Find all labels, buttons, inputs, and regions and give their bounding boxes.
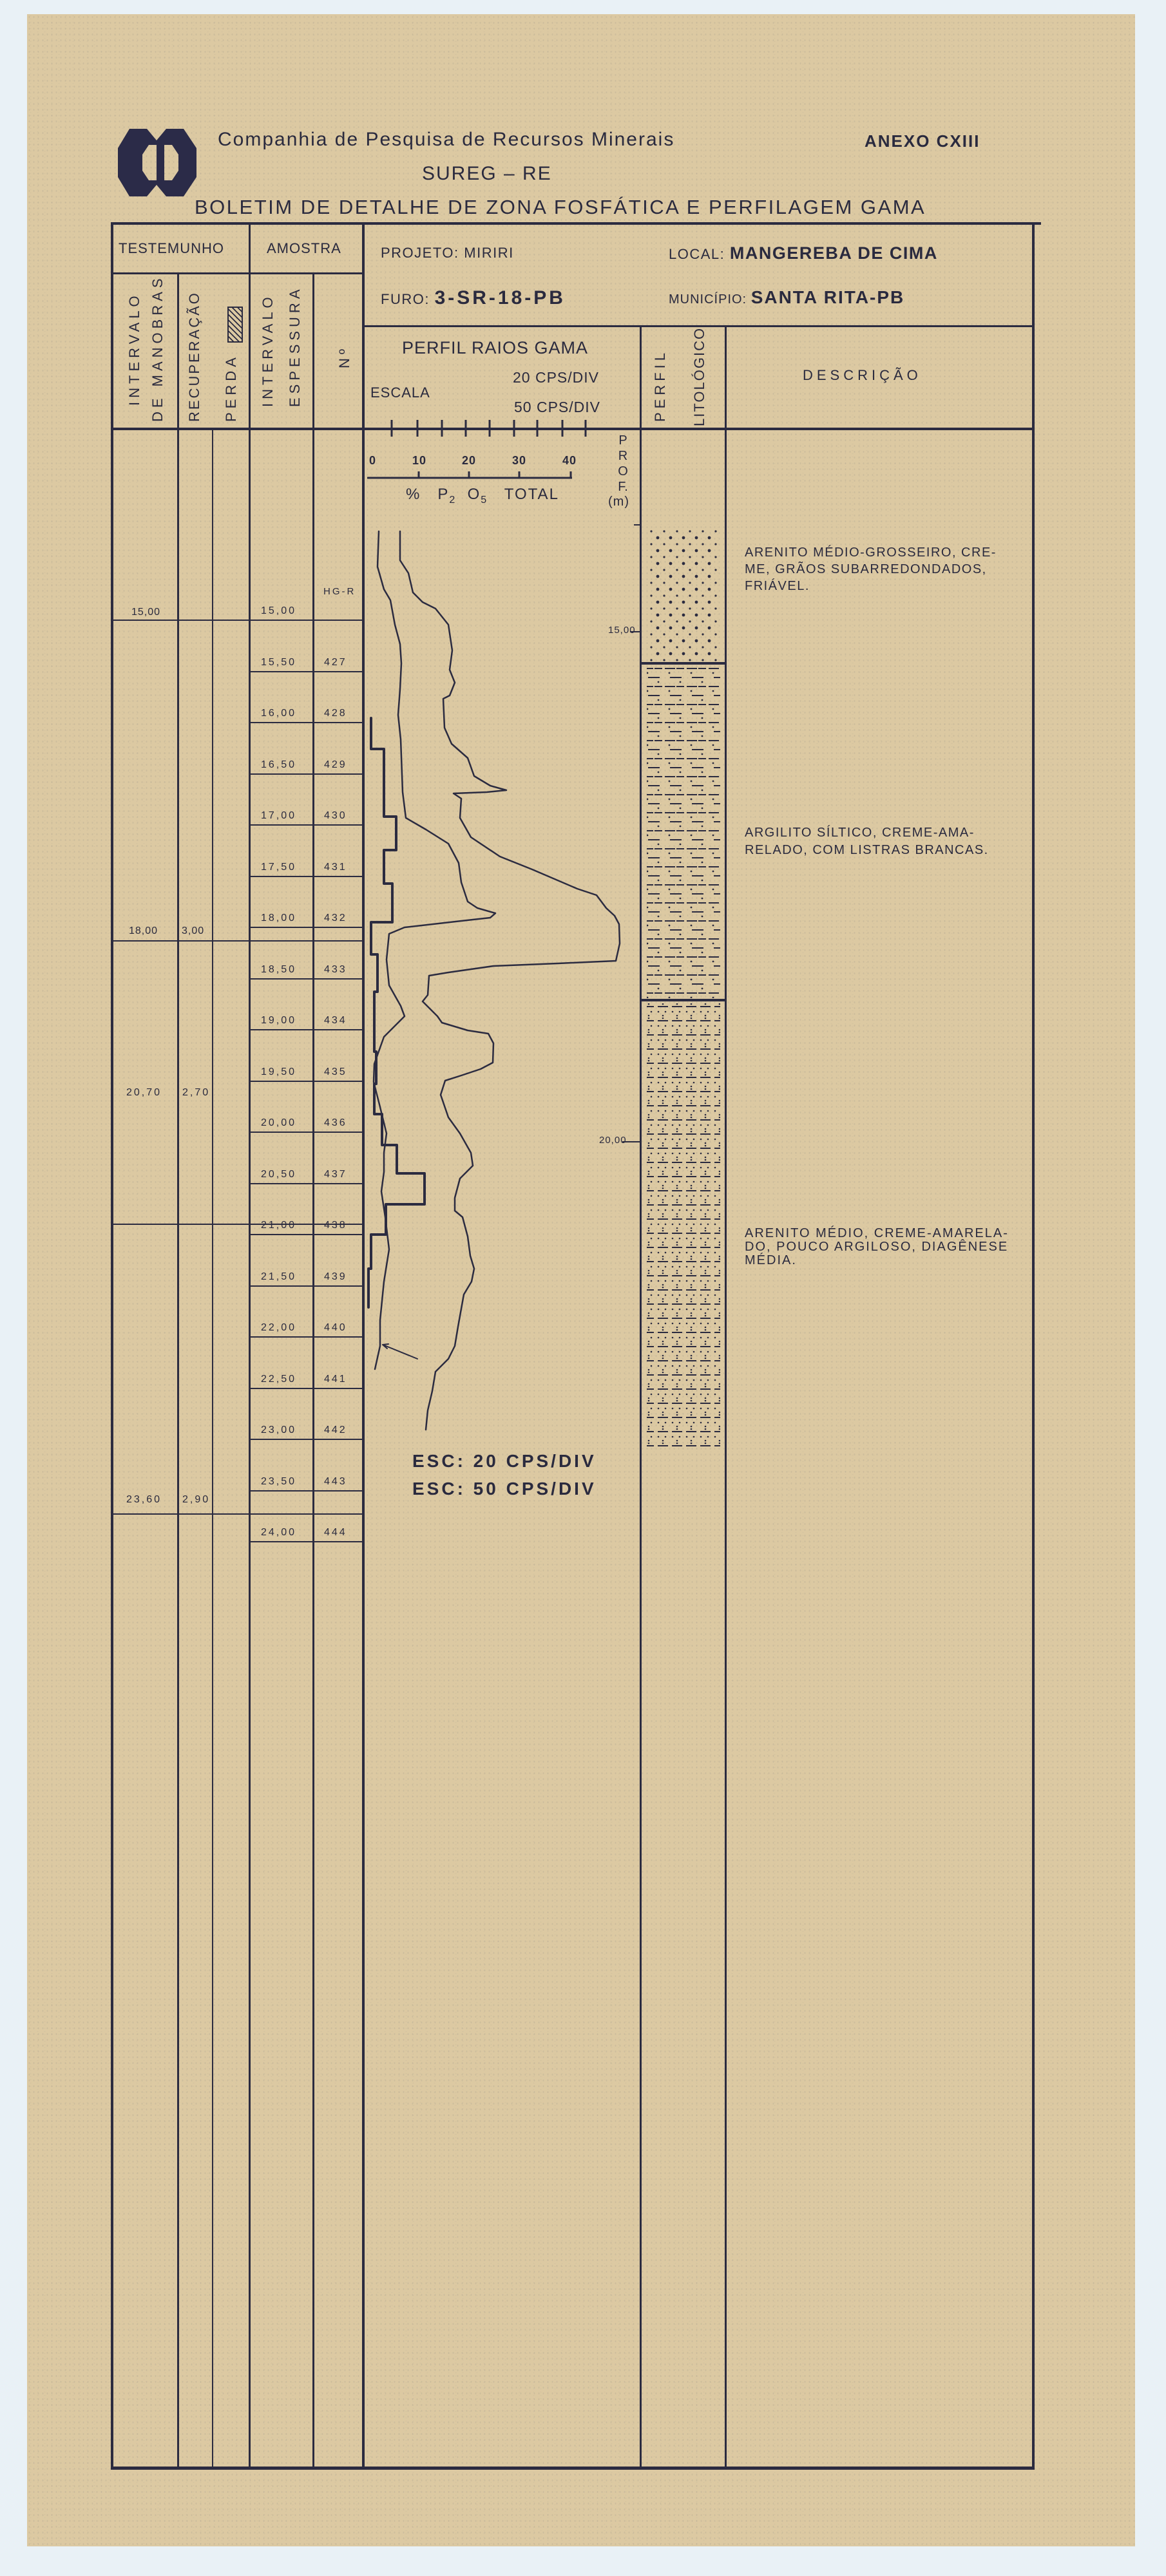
amostra-header: AMOSTRA	[267, 240, 341, 257]
litho-sandstone-pattern	[647, 527, 720, 663]
amostra-row-divider	[250, 1490, 362, 1492]
gamma-20cps-curve	[400, 531, 620, 1430]
municipio-field: MUNICÍPIO: SANTA RITA-PB	[669, 287, 904, 308]
amostra-numero: 438	[324, 1220, 347, 1231]
perfil-header: PERFIL	[652, 349, 669, 422]
perda-header: PERDA	[223, 354, 240, 422]
testemunho-header: TESTEMUNHO	[119, 240, 224, 257]
cprm-logo-icon	[118, 129, 202, 196]
p2o5-tick-10: 10	[412, 454, 426, 468]
amostra-numero: 428	[324, 708, 347, 719]
amostra-row-divider	[250, 1234, 362, 1235]
municipio-value: SANTA RITA-PB	[751, 287, 905, 307]
amostra-row-divider	[250, 620, 362, 621]
projeto-field: PROJETO: MIRIRI	[381, 245, 514, 261]
lithology-column	[642, 522, 725, 1584]
amostra-numero: 440	[324, 1322, 347, 1334]
gamma-ray-chart	[365, 522, 642, 1552]
amostra-row-divider	[250, 1541, 362, 1542]
amostra-intervalo: 19,00	[261, 1015, 296, 1027]
amostra-intervalo: 17,50	[261, 862, 296, 873]
intervalo-header: INTERVALO	[126, 292, 143, 406]
company-name: Companhia de Pesquisa de Recursos Minera…	[218, 129, 674, 151]
testemunho-recuperacao: 2,70	[182, 1087, 210, 1099]
furo-field: FURO: 3-SR-18-PB	[381, 287, 566, 309]
amostra-row-divider	[250, 1388, 362, 1389]
amostra-numero: 439	[324, 1271, 347, 1283]
lithology-description-2: ARGILITO SÍLTICO, CREME-AMA- RELADO, COM…	[745, 824, 989, 859]
testemunho-intervalo: 20,70	[126, 1087, 162, 1099]
amostra-intervalo: 23,00	[261, 1425, 296, 1436]
amostra-row-divider	[250, 1132, 362, 1133]
furo-value: 3-SR-18-PB	[435, 287, 566, 308]
amostra-row-divider	[250, 978, 362, 980]
descricao-header: DESCRIÇÃO	[803, 367, 922, 384]
prof-letter: O	[616, 464, 630, 479]
de-manobras-header: DE MANOBRAS	[149, 274, 166, 422]
amostra-numero: 444	[324, 1527, 347, 1539]
lithology-description-3: ARENITO MÉDIO, CREME-AMARELA- DO, POUCO …	[745, 1227, 1009, 1267]
amostra-intervalo: 17,00	[261, 810, 296, 822]
amostra-row-divider	[250, 773, 362, 775]
prof-letter: F.	[616, 479, 630, 495]
p2o5-step-curve	[368, 718, 425, 1307]
amostra-intervalo: 24,00	[261, 1527, 296, 1539]
intervalo-amostra-header: INTERVALO	[260, 293, 276, 407]
projeto-value: MIRIRI	[464, 245, 513, 261]
legend-arrow-icon	[383, 1344, 417, 1359]
amostra-numero: 442	[324, 1425, 347, 1436]
prof-letter: P	[616, 433, 630, 448]
amostra-row-divider	[250, 927, 362, 928]
amostra-intervalo: 18,00	[261, 913, 296, 924]
prof-letter: R	[616, 448, 630, 464]
projeto-label: PROJETO:	[381, 245, 459, 261]
amostra-intervalo: 20,50	[261, 1169, 296, 1180]
amostra-numero: 443	[324, 1476, 347, 1488]
pct-sign: %	[406, 486, 421, 503]
legend-esc-50: ESC: 50 CPS/DIV	[412, 1479, 597, 1499]
p2o5-tick-20: 20	[462, 454, 476, 468]
amostra-intervalo: 22,00	[261, 1322, 296, 1334]
annex-label: ANEXO CXIII	[865, 131, 980, 151]
amostra-row-divider	[250, 1183, 362, 1184]
local-label: LOCAL:	[669, 246, 725, 262]
perfil-raios-gama-header: PERFIL RAIOS GAMA	[402, 338, 588, 358]
amostra-row-divider	[250, 1439, 362, 1440]
amostra-intervalo: 23,50	[261, 1476, 296, 1488]
amostra-intervalo: 19,50	[261, 1066, 296, 1078]
amostra-numero: 435	[324, 1066, 347, 1078]
espessura-header: ESPESSURA	[287, 286, 303, 408]
p2o5-axis-line	[367, 471, 580, 480]
litho-claystone-pattern	[647, 667, 720, 998]
litologico-header: LITOLÓGICO	[691, 327, 708, 426]
document-title: BOLETIM DE DETALHE DE ZONA FOSFÁTICA E P…	[195, 196, 926, 219]
amostra-intervalo: 21,00	[261, 1220, 296, 1231]
amostra-row-divider	[250, 1285, 362, 1287]
amostra-numero: 433	[324, 964, 347, 976]
escala-50-label: 50 CPS/DIV	[514, 399, 600, 416]
testemunho-recuperacao: 3,00	[182, 925, 204, 937]
amostra-intervalo: 15,00	[261, 605, 296, 617]
amostra-intervalo: 16,50	[261, 759, 296, 771]
amostra-numero: 430	[324, 810, 347, 822]
amostra-numero: 441	[324, 1374, 347, 1385]
municipio-label: MUNICÍPIO:	[669, 292, 747, 307]
amostra-row-divider	[250, 1029, 362, 1030]
escala-20-label: 20 CPS/DIV	[513, 369, 599, 386]
amostra-intervalo: 21,50	[261, 1271, 296, 1283]
unit-label: SUREG – RE	[422, 163, 552, 185]
litho-arg-sandstone-pattern	[647, 1003, 720, 1448]
testemunho-intervalo: 15,00	[131, 607, 160, 618]
amostra-numero: 432	[324, 913, 347, 924]
legend-esc-20: ESC: 20 CPS/DIV	[412, 1451, 597, 1472]
testemunho-intervalo: 23,60	[126, 1494, 162, 1506]
local-value: MANGEREBA DE CIMA	[730, 243, 938, 263]
p2o5-tick-30: 30	[512, 454, 526, 468]
amostra-numero: 436	[324, 1117, 347, 1129]
amostra-code: HG-R	[323, 586, 356, 597]
p2o5-tick-0: 0	[369, 454, 376, 468]
prof-unit: (m)	[608, 495, 629, 509]
amostra-row-divider	[250, 1336, 362, 1338]
testemunho-recuperacao: 2,90	[182, 1494, 210, 1506]
amostra-numero: 429	[324, 759, 347, 771]
numero-header: Nº	[336, 345, 353, 368]
furo-label: FURO:	[381, 291, 430, 307]
perda-hatch-icon	[227, 307, 243, 343]
escala-label: ESCALA	[370, 384, 430, 401]
amostra-intervalo: 22,50	[261, 1374, 296, 1385]
sub-5: 5	[481, 495, 488, 506]
amostra-row-divider	[250, 1081, 362, 1082]
gamma-50cps-curve	[374, 531, 495, 1369]
amostra-numero: 431	[324, 862, 347, 873]
p2o5-axis-label: % P2 O5 TOTAL	[406, 486, 559, 506]
lithology-description-1: ARENITO MÉDIO-GROSSEIRO, CRE- ME, GRÃOS …	[745, 544, 997, 594]
prof-label: P R O F.	[616, 433, 630, 495]
amostra-intervalo: 16,00	[261, 708, 296, 719]
gamma-scale-ticks	[365, 419, 642, 438]
p-symbol: P	[437, 486, 449, 503]
sub-2: 2	[449, 495, 456, 506]
amostra-row-divider	[250, 876, 362, 877]
amostra-row-divider	[250, 722, 362, 723]
local-field: LOCAL: MANGEREBA DE CIMA	[669, 243, 938, 263]
amostra-row-divider	[250, 824, 362, 826]
total-label: TOTAL	[504, 486, 559, 503]
amostra-numero: 427	[324, 657, 347, 668]
testemunho-intervalo: 18,00	[129, 925, 158, 937]
o-symbol: O	[468, 486, 481, 503]
amostra-intervalo: 18,50	[261, 964, 296, 976]
amostra-intervalo: 20,00	[261, 1117, 296, 1129]
p2o5-tick-40: 40	[562, 454, 577, 468]
recuperacao-header: RECUPERAÇÃO	[186, 291, 203, 422]
amostra-numero: 437	[324, 1169, 347, 1180]
amostra-intervalo: 15,50	[261, 657, 296, 668]
amostra-row-divider	[250, 671, 362, 672]
amostra-numero: 434	[324, 1015, 347, 1027]
